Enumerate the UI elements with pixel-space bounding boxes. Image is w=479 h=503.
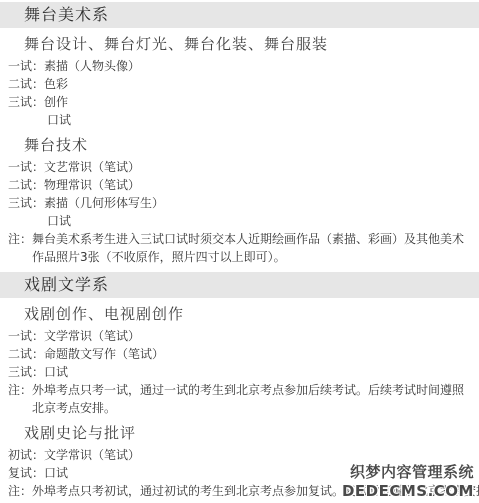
program-title: 戏剧史论与批评 xyxy=(24,426,479,441)
section-header-drama-literature: 戏剧文学系 xyxy=(0,272,479,298)
exam-line: 二试：物理常识（笔试） xyxy=(0,176,479,194)
exam-round-label: 三试： xyxy=(8,95,44,109)
exam-round-label: 一试： xyxy=(8,160,44,174)
watermark-cn-text: 织梦内容管理系统 xyxy=(342,463,474,482)
exam-subject: 色彩 xyxy=(44,77,68,91)
exam-round-label: 三试： xyxy=(8,365,44,379)
exam-subject: 命题散文写作（笔试） xyxy=(44,347,164,361)
exam-line: 三试：创作 xyxy=(0,93,479,111)
exam-subject: 素描（几何形体写生） xyxy=(44,196,164,210)
dedecms-watermark: 织梦内容管理系统 DEDECMS.COM xyxy=(342,463,474,501)
exam-subject: 口试 xyxy=(44,365,68,379)
exam-round-label: 二试： xyxy=(8,347,44,361)
program-title: 舞台设计、舞台灯光、舞台化装、舞台服装 xyxy=(24,37,479,52)
program-drama-writing: 戏剧创作、电视剧创作 一试：文学常识（笔试） 二试：命题散文写作（笔试） 三试：… xyxy=(0,307,479,417)
section-header-label: 舞台美术系 xyxy=(24,5,109,24)
exam-line-continuation: 口试 xyxy=(0,212,479,230)
exam-line: 二试：色彩 xyxy=(0,75,479,93)
exam-line-continuation: 口试 xyxy=(0,111,479,129)
program-stage-technology: 舞台技术 一试：文艺常识（笔试） 二试：物理常识（笔试） 三试：素描（几何形体写… xyxy=(0,138,479,266)
exam-round-label: 复试： xyxy=(8,466,44,480)
exam-round-label: 二试： xyxy=(8,77,44,91)
section-header-label: 戏剧文学系 xyxy=(24,275,109,294)
exam-line: 三试：素描（几何形体写生） xyxy=(0,194,479,212)
exam-subject: 口试 xyxy=(47,214,71,228)
exam-line: 二试：命题散文写作（笔试） xyxy=(0,345,479,363)
exam-subject: 创作 xyxy=(44,95,68,109)
exam-subject: 文学常识（笔试） xyxy=(44,448,140,462)
program-title: 戏剧创作、电视剧创作 xyxy=(24,307,479,322)
exam-subject: 素描（人物头像） xyxy=(44,59,140,73)
exam-round-label: 三试： xyxy=(8,196,44,210)
program-title: 舞台技术 xyxy=(24,138,479,153)
watermark-domain-text: DEDECMS.COM xyxy=(342,482,474,501)
section-header-stage-art: 舞台美术系 xyxy=(0,2,479,28)
exam-line: 三试：口试 xyxy=(0,363,479,381)
exam-round-label: 初试： xyxy=(8,448,44,462)
exam-line: 一试：文艺常识（笔试） xyxy=(0,158,479,176)
exam-line: 一试：文学常识（笔试） xyxy=(0,327,479,345)
program-stage-design: 舞台设计、舞台灯光、舞台化装、舞台服装 一试：素描（人物头像） 二试：色彩 三试… xyxy=(0,37,479,129)
exam-subjects-page: 舞台美术系 舞台设计、舞台灯光、舞台化装、舞台服装 一试：素描（人物头像） 二试… xyxy=(0,2,479,503)
program-note: 注：舞台美术系考生进入三试口试时须交本人近期绘画作品（素描、彩画）及其他美术作品… xyxy=(0,230,479,266)
exam-subject: 口试 xyxy=(44,466,68,480)
exam-round-label: 一试： xyxy=(8,329,44,343)
exam-subject: 物理常识（笔试） xyxy=(44,178,140,192)
exam-subject: 文艺常识（笔试） xyxy=(44,160,140,174)
exam-line: 初试：文学常识（笔试） xyxy=(0,446,479,464)
exam-subject: 口试 xyxy=(47,113,71,127)
exam-round-label: 二试： xyxy=(8,178,44,192)
program-note: 注：外埠考点只考一试，通过一试的考生到北京考点参加后续考试。后续考试时间遵照北京… xyxy=(0,381,479,417)
exam-round-label: 一试： xyxy=(8,59,44,73)
exam-subject: 文学常识（笔试） xyxy=(44,329,140,343)
exam-line: 一试：素描（人物头像） xyxy=(0,57,479,75)
